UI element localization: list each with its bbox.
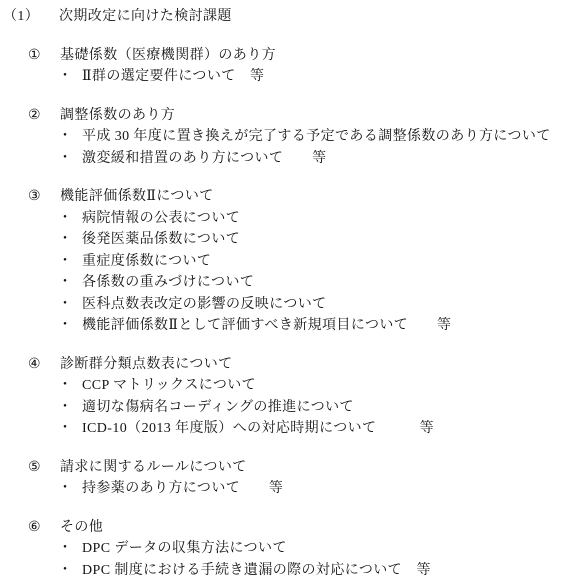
list-item: ・ 激変緩和措置のあり方について 等 — [3, 148, 572, 170]
list-item-text: 医科点数表改定の影響の反映について — [82, 294, 572, 316]
bullet-icon: ・ — [58, 294, 82, 316]
section-heading: 調整係数のあり方 — [60, 105, 572, 127]
bullet-icon: ・ — [58, 251, 82, 273]
list-item: ・ Ⅱ群の選定要件について 等 — [3, 66, 572, 88]
list-item: ・ 重症度係数について — [3, 251, 572, 273]
list-item-text: 激変緩和措置のあり方について 等 — [82, 148, 572, 170]
list-item-text: 持参薬のあり方について 等 — [82, 478, 572, 500]
list-item-text: CCP マトリックスについて — [82, 375, 572, 397]
list-item-text: 適切な傷病名コーディングの推進について — [82, 397, 572, 419]
document-page: （1） 次期改定に向けた検討課題 ① 基礎係数（医療機関群）のあり方 ・ Ⅱ群の… — [0, 0, 578, 577]
list-item-text: ICD-10（2013 年度版）への対応時期について 等 — [82, 418, 572, 440]
section-5: ⑤ 請求に関するルールについて ・ 持参薬のあり方について 等 — [3, 457, 572, 500]
page-title: 次期改定に向けた検討課題 — [59, 6, 572, 28]
list-item: ・ 適切な傷病名コーディングの推進について — [3, 397, 572, 419]
list-item-text: DPC 制度における手続き遺漏の際の対応について 等 — [82, 560, 572, 577]
circled-number-icon: ① — [28, 45, 60, 67]
list-item: ・ DPC データの収集方法について — [3, 538, 572, 560]
bullet-icon: ・ — [58, 397, 82, 419]
section-heading: 基礎係数（医療機関群）のあり方 — [60, 45, 572, 67]
list-item-text: 後発医薬品係数について — [82, 229, 572, 251]
list-item: ・ 各係数の重みづけについて — [3, 272, 572, 294]
section-heading: 請求に関するルールについて — [60, 457, 572, 479]
section-heading: その他 — [60, 517, 572, 539]
list-item-text: 各係数の重みづけについて — [82, 272, 572, 294]
list-item-text: 機能評価係数Ⅱとして評価すべき新規項目について 等 — [82, 315, 572, 337]
bullet-icon: ・ — [58, 418, 82, 440]
circled-number-icon: ⑤ — [28, 457, 60, 479]
bullet-icon: ・ — [58, 375, 82, 397]
list-item: ・ 持参薬のあり方について 等 — [3, 478, 572, 500]
bullet-icon: ・ — [58, 126, 82, 148]
bullet-icon: ・ — [58, 315, 82, 337]
section-6: ⑥ その他 ・ DPC データの収集方法について ・ DPC 制度における手続き… — [3, 517, 572, 577]
list-item: ・ DPC 制度における手続き遺漏の際の対応について 等 — [3, 560, 572, 577]
list-item-text: Ⅱ群の選定要件について 等 — [82, 66, 572, 88]
title-line: （1） 次期改定に向けた検討課題 — [3, 6, 572, 28]
list-item: ・ 後発医薬品係数について — [3, 229, 572, 251]
section-2-heading-line: ② 調整係数のあり方 — [3, 105, 572, 127]
section-1-heading-line: ① 基礎係数（医療機関群）のあり方 — [3, 45, 572, 67]
circled-number-icon: ④ — [28, 354, 60, 376]
section-6-heading-line: ⑥ その他 — [3, 517, 572, 539]
section-heading: 機能評価係数Ⅱについて — [60, 186, 572, 208]
list-item-text: 平成 30 年度に置き換えが完了する予定である調整係数のあり方について — [82, 126, 572, 148]
section-heading: 診断群分類点数表について — [60, 354, 572, 376]
section-3: ③ 機能評価係数Ⅱについて ・ 病院情報の公表について ・ 後発医薬品係数につい… — [3, 186, 572, 337]
list-item: ・ 機能評価係数Ⅱとして評価すべき新規項目について 等 — [3, 315, 572, 337]
list-item: ・ 病院情報の公表について — [3, 208, 572, 230]
bullet-icon: ・ — [58, 272, 82, 294]
list-item: ・ CCP マトリックスについて — [3, 375, 572, 397]
section-3-heading-line: ③ 機能評価係数Ⅱについて — [3, 186, 572, 208]
circled-number-icon: ② — [28, 105, 60, 127]
bullet-icon: ・ — [58, 229, 82, 251]
section-5-heading-line: ⑤ 請求に関するルールについて — [3, 457, 572, 479]
bullet-icon: ・ — [58, 560, 82, 577]
list-item-text: 重症度係数について — [82, 251, 572, 273]
section-4: ④ 診断群分類点数表について ・ CCP マトリックスについて ・ 適切な傷病名… — [3, 354, 572, 440]
bullet-icon: ・ — [58, 538, 82, 560]
circled-number-icon: ③ — [28, 186, 60, 208]
bullet-icon: ・ — [58, 148, 82, 170]
bullet-icon: ・ — [58, 478, 82, 500]
section-1: ① 基礎係数（医療機関群）のあり方 ・ Ⅱ群の選定要件について 等 — [3, 45, 572, 88]
list-item: ・ 医科点数表改定の影響の反映について — [3, 294, 572, 316]
bullet-icon: ・ — [58, 66, 82, 88]
list-item: ・ 平成 30 年度に置き換えが完了する予定である調整係数のあり方について — [3, 126, 572, 148]
section-2: ② 調整係数のあり方 ・ 平成 30 年度に置き換えが完了する予定である調整係数… — [3, 105, 572, 170]
title-number-marker: （1） — [3, 6, 59, 28]
list-item: ・ ICD-10（2013 年度版）への対応時期について 等 — [3, 418, 572, 440]
list-item-text: DPC データの収集方法について — [82, 538, 572, 560]
bullet-icon: ・ — [58, 208, 82, 230]
section-4-heading-line: ④ 診断群分類点数表について — [3, 354, 572, 376]
circled-number-icon: ⑥ — [28, 517, 60, 539]
list-item-text: 病院情報の公表について — [82, 208, 572, 230]
